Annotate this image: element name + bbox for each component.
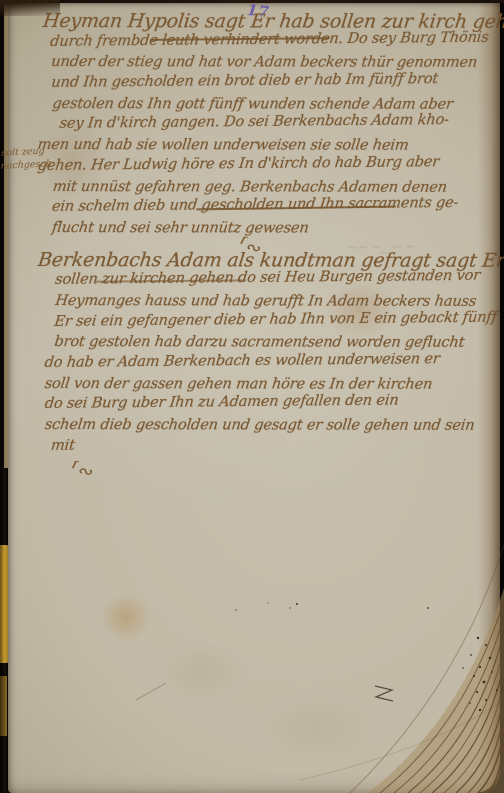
ink-flecks xyxy=(235,602,298,610)
page-fan-area xyxy=(368,588,504,793)
photographed-manuscript-page: ~~ ~‿~ ~ Heyman Hypolis sagt Er hab soll… xyxy=(0,0,504,793)
scratch-mark xyxy=(136,683,166,700)
pencil-mark xyxy=(375,686,393,701)
corner-and-marks-overlay xyxy=(0,0,504,793)
